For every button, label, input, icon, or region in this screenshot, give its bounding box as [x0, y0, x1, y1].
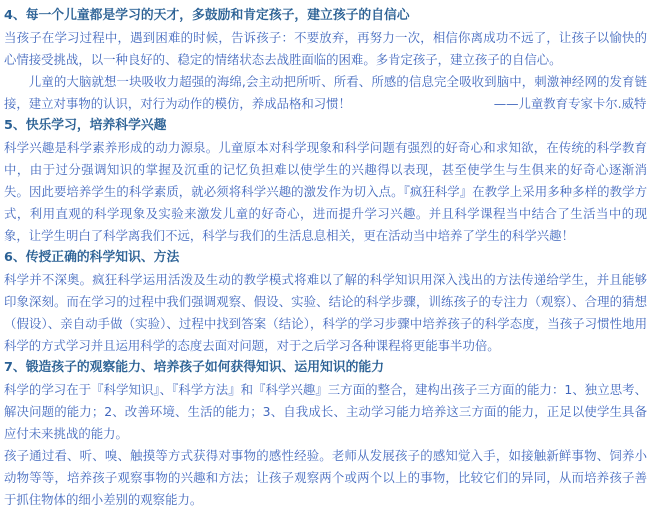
section-7-paragraph-1: 科学的学习在于『科学知识』、『科学方法』和『科学兴趣』三方面的整合，建构出孩子三… [4, 379, 647, 445]
document-root: 4、每一个儿童都是学习的天才，多鼓励和肯定孩子，建立孩子的自信心 当孩子在学习过… [0, 0, 651, 530]
section-4: 4、每一个儿童都是学习的天才，多鼓励和肯定孩子，建立孩子的自信心 当孩子在学习过… [4, 5, 647, 115]
attribution-text: ——儿童教育专家卡尔.威特 [469, 93, 646, 115]
section-6-paragraph: 科学并不深奥。疯狂科学运用活泼及生动的教学模式将难以了解的科学知识用深入浅出的方… [4, 269, 647, 357]
section-7-paragraph-2: 孩子通过看、听、嗅、触摸等方式获得对事物的感性经验。老师从发展孩子的感知觉入手，… [4, 445, 647, 511]
section-6: 6、传授正确的科学知识、方法 科学并不深奥。疯狂科学运用活泼及生动的教学模式将难… [4, 247, 647, 357]
section-4-heading: 4、每一个儿童都是学习的天才，多鼓励和肯定孩子，建立孩子的自信心 [4, 5, 647, 27]
section-5-heading: 5、快乐学习，培养科学兴趣 [4, 115, 647, 137]
section-4-paragraph: 当孩子在学习过程中，遇到困难的时候，告诉孩子：不要放弃，再努力一次，相信你离成功… [4, 27, 647, 71]
section-7-heading: 7、锻造孩子的观察能力、培养孩子如何获得知识、运用知识的能力 [4, 357, 647, 379]
section-6-heading: 6、传授正确的科学知识、方法 [4, 247, 647, 269]
section-7: 7、锻造孩子的观察能力、培养孩子如何获得知识、运用知识的能力 科学的学习在于『科… [4, 357, 647, 511]
section-5: 5、快乐学习，培养科学兴趣 科学兴趣是科学素养形成的动力源泉。儿童原本对科学现象… [4, 115, 647, 247]
section-4-quote-paragraph: 儿童的大脑就想一块吸收力超强的海绵,会主动把所听、所看、所感的信息完全吸收到脑中… [4, 71, 647, 115]
section-5-paragraph: 科学兴趣是科学素养形成的动力源泉。儿童原本对科学现象和科学问题有强烈的好奇心和求… [4, 137, 647, 247]
